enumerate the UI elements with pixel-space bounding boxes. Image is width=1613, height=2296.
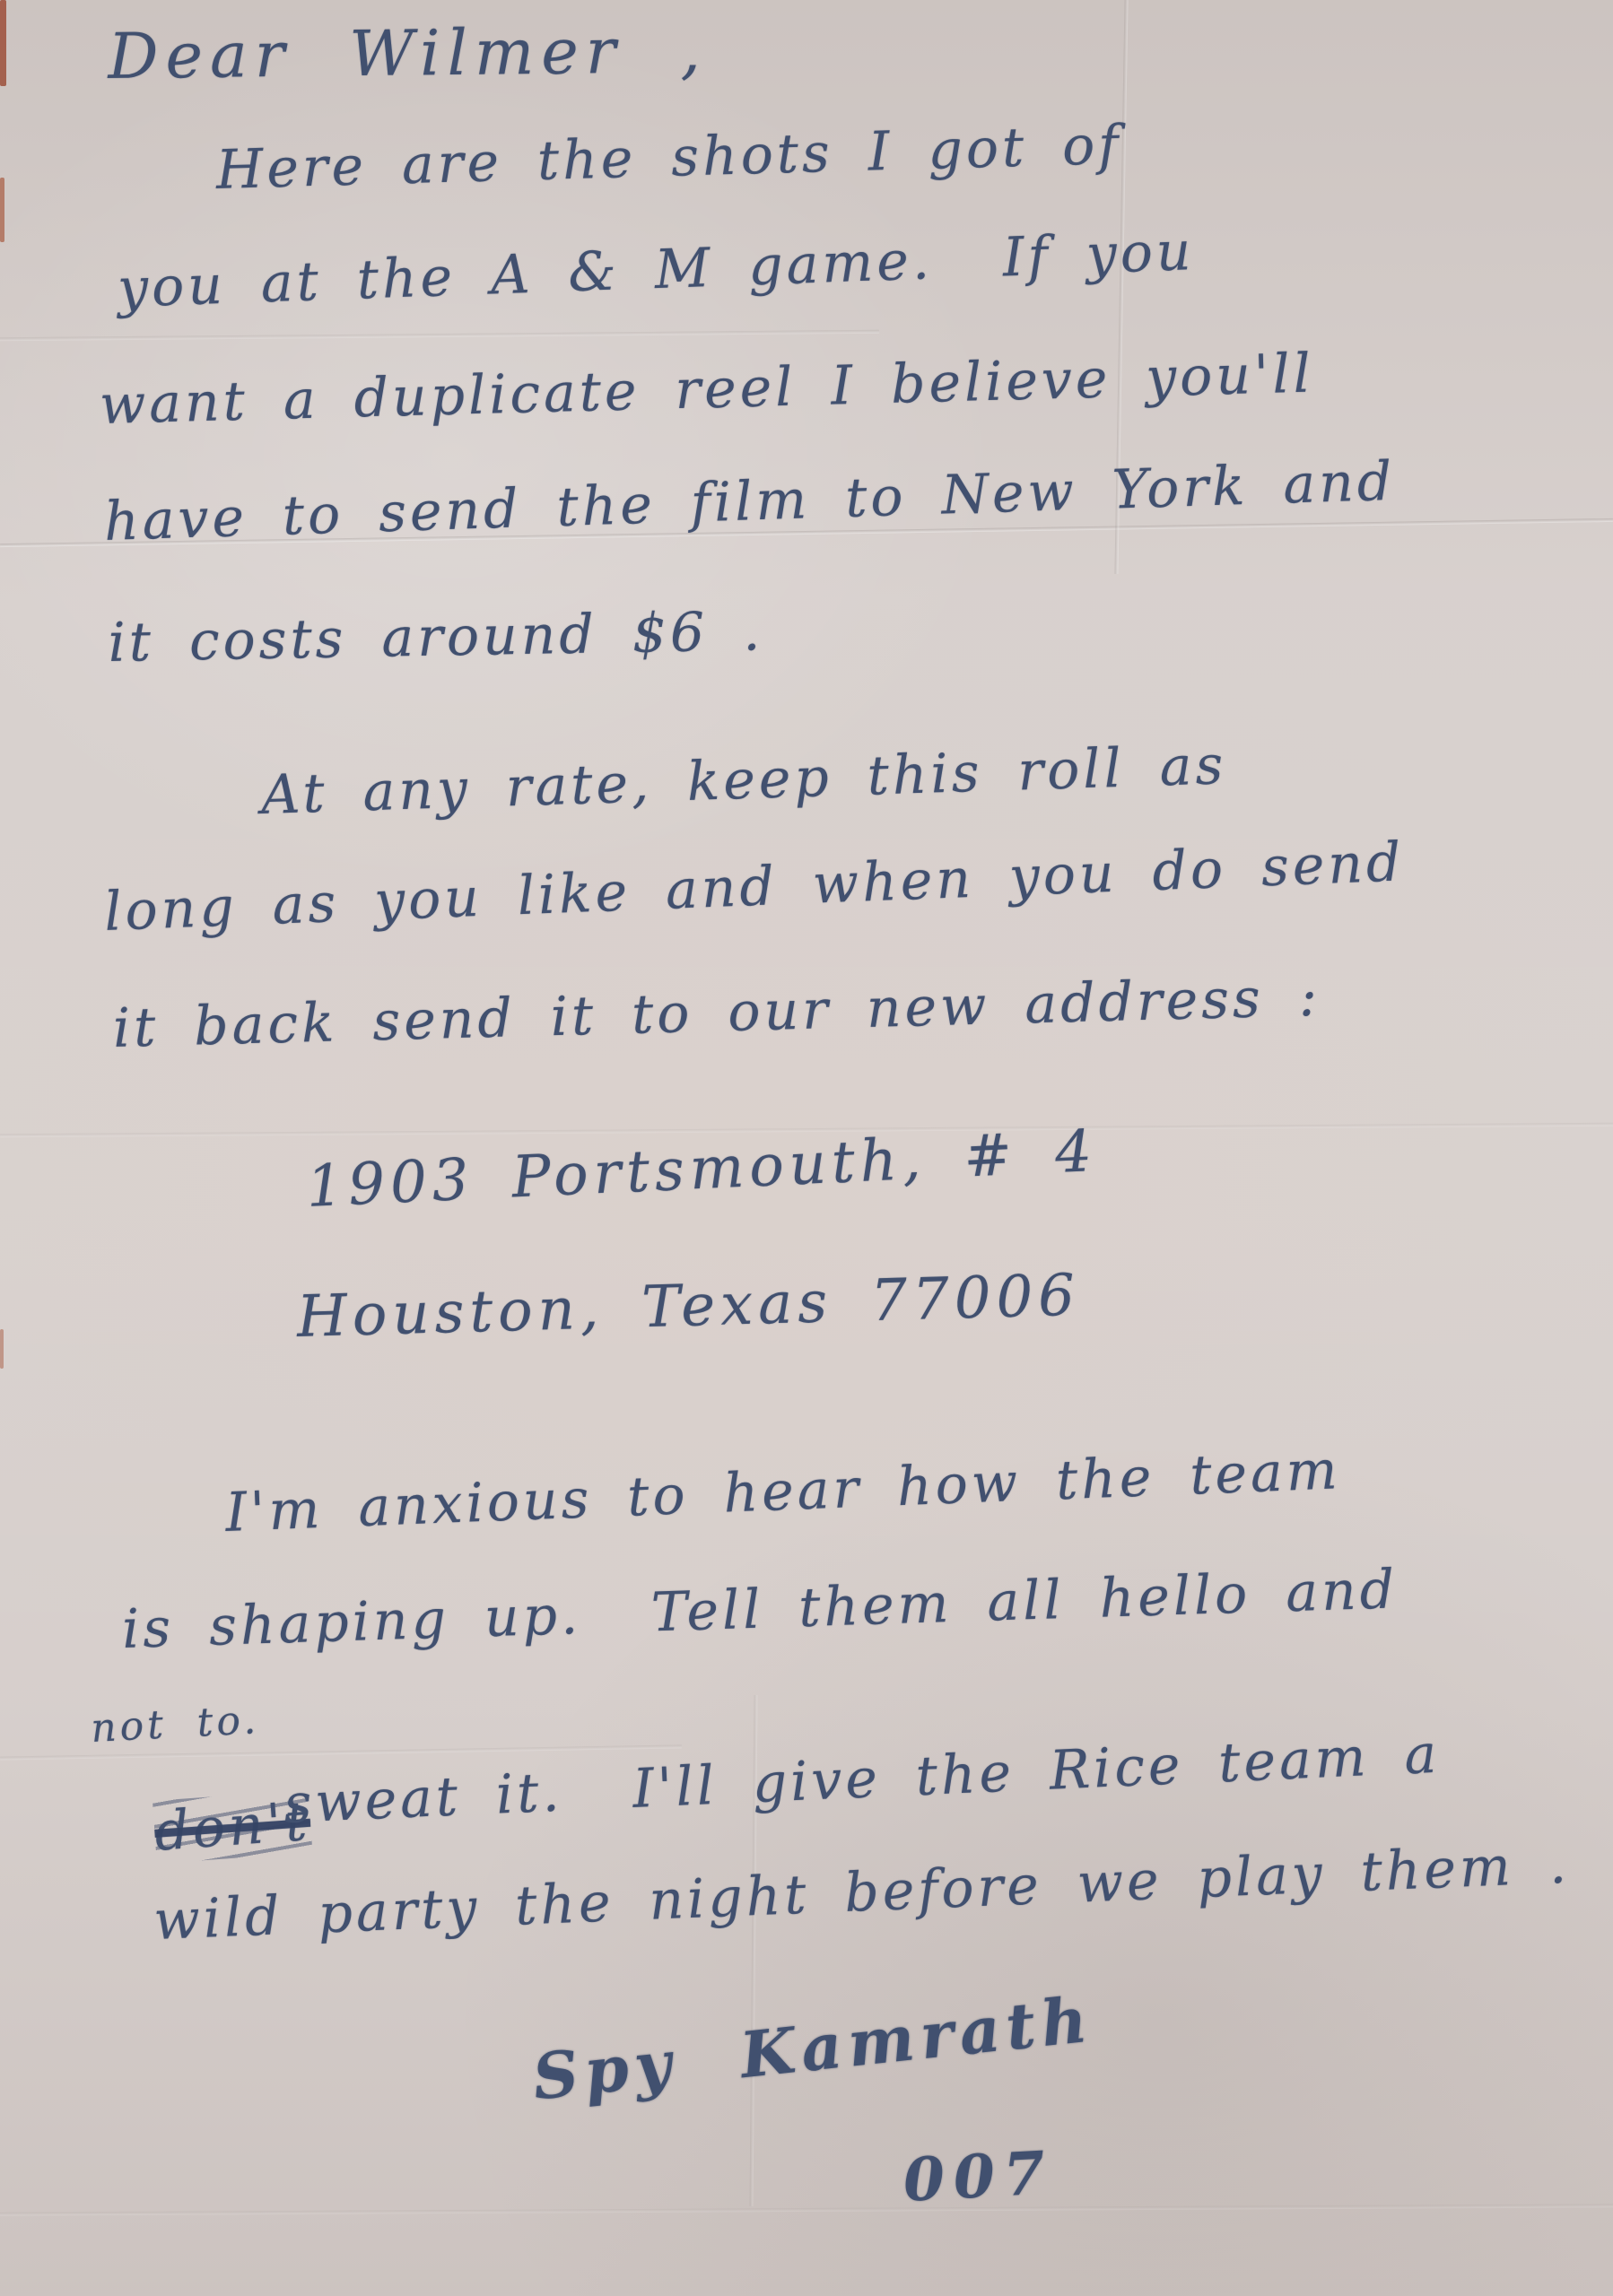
letter-line: you at the A & M game. If you: [117, 220, 1196, 320]
letter-line: long as you like and when you do send: [103, 831, 1406, 944]
signature-number: 007: [902, 2137, 1056, 2215]
signature: Spy Kamrath: [529, 1981, 1097, 2114]
letter-line: it back send it to our new address :: [112, 966, 1321, 1060]
photo-edge-artifact: [0, 1329, 4, 1369]
letter-line: have to send the film to New York and: [103, 450, 1396, 553]
fold-crease: [0, 2204, 1613, 2215]
letter-line: I'm anxious to hear how the team: [224, 1439, 1342, 1544]
photo-edge-artifact: [0, 0, 6, 86]
photo-edge-artifact: [0, 178, 4, 242]
letter-line: wild party the night before we play them…: [153, 1833, 1571, 1952]
address-street: 1903 Portsmouth, # 4: [305, 1118, 1099, 1221]
fold-crease: [0, 330, 879, 342]
letter-photo: Dear Wilmer , Here are the shots I got o…: [0, 0, 1613, 2296]
address-city: Houston, Texas 77006: [296, 1263, 1081, 1351]
letter-line: sweat it. I'll give the Rice team a: [283, 1723, 1442, 1836]
letter-line: want a duplicate reel I believe you'll: [99, 343, 1315, 437]
inserted-correction: not to.: [90, 1697, 260, 1752]
letter-line: is shaping up. Tell them all hello and: [121, 1558, 1399, 1661]
letter-line: At any rate, keep this roll as: [260, 734, 1227, 827]
letter-line: it costs around $6 .: [108, 600, 764, 674]
letter-line: Here are the shots I got of: [215, 114, 1122, 202]
salutation: Dear Wilmer ,: [108, 13, 708, 93]
